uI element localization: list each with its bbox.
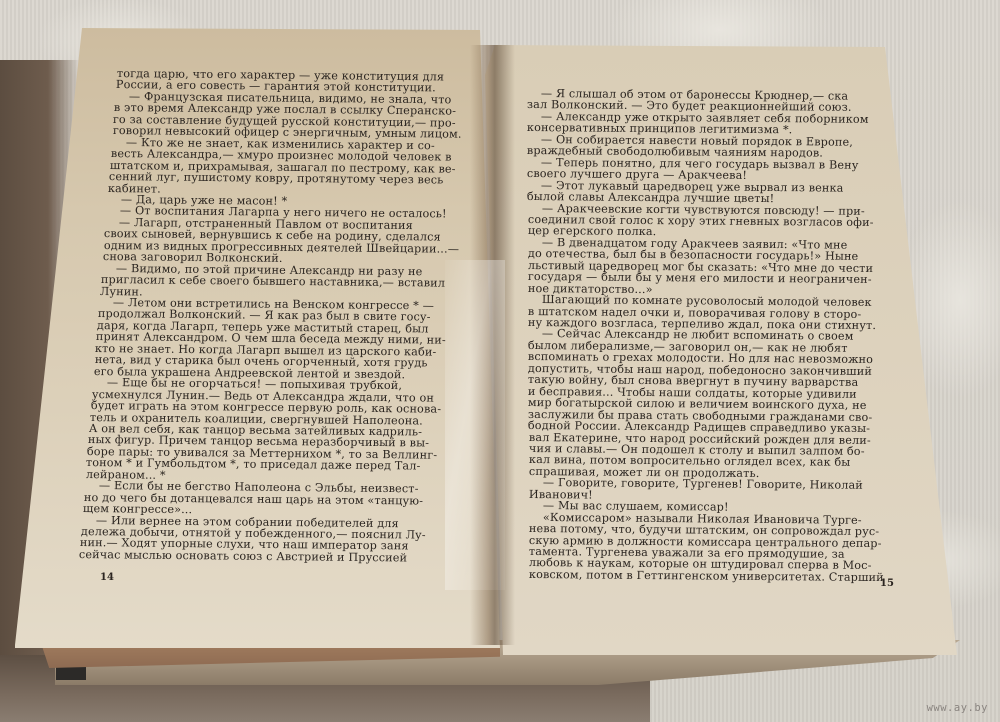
right-page-number: 15 [880, 578, 894, 589]
watermark: www.ay.by [927, 702, 988, 714]
left-page-number: 14 [100, 572, 114, 583]
